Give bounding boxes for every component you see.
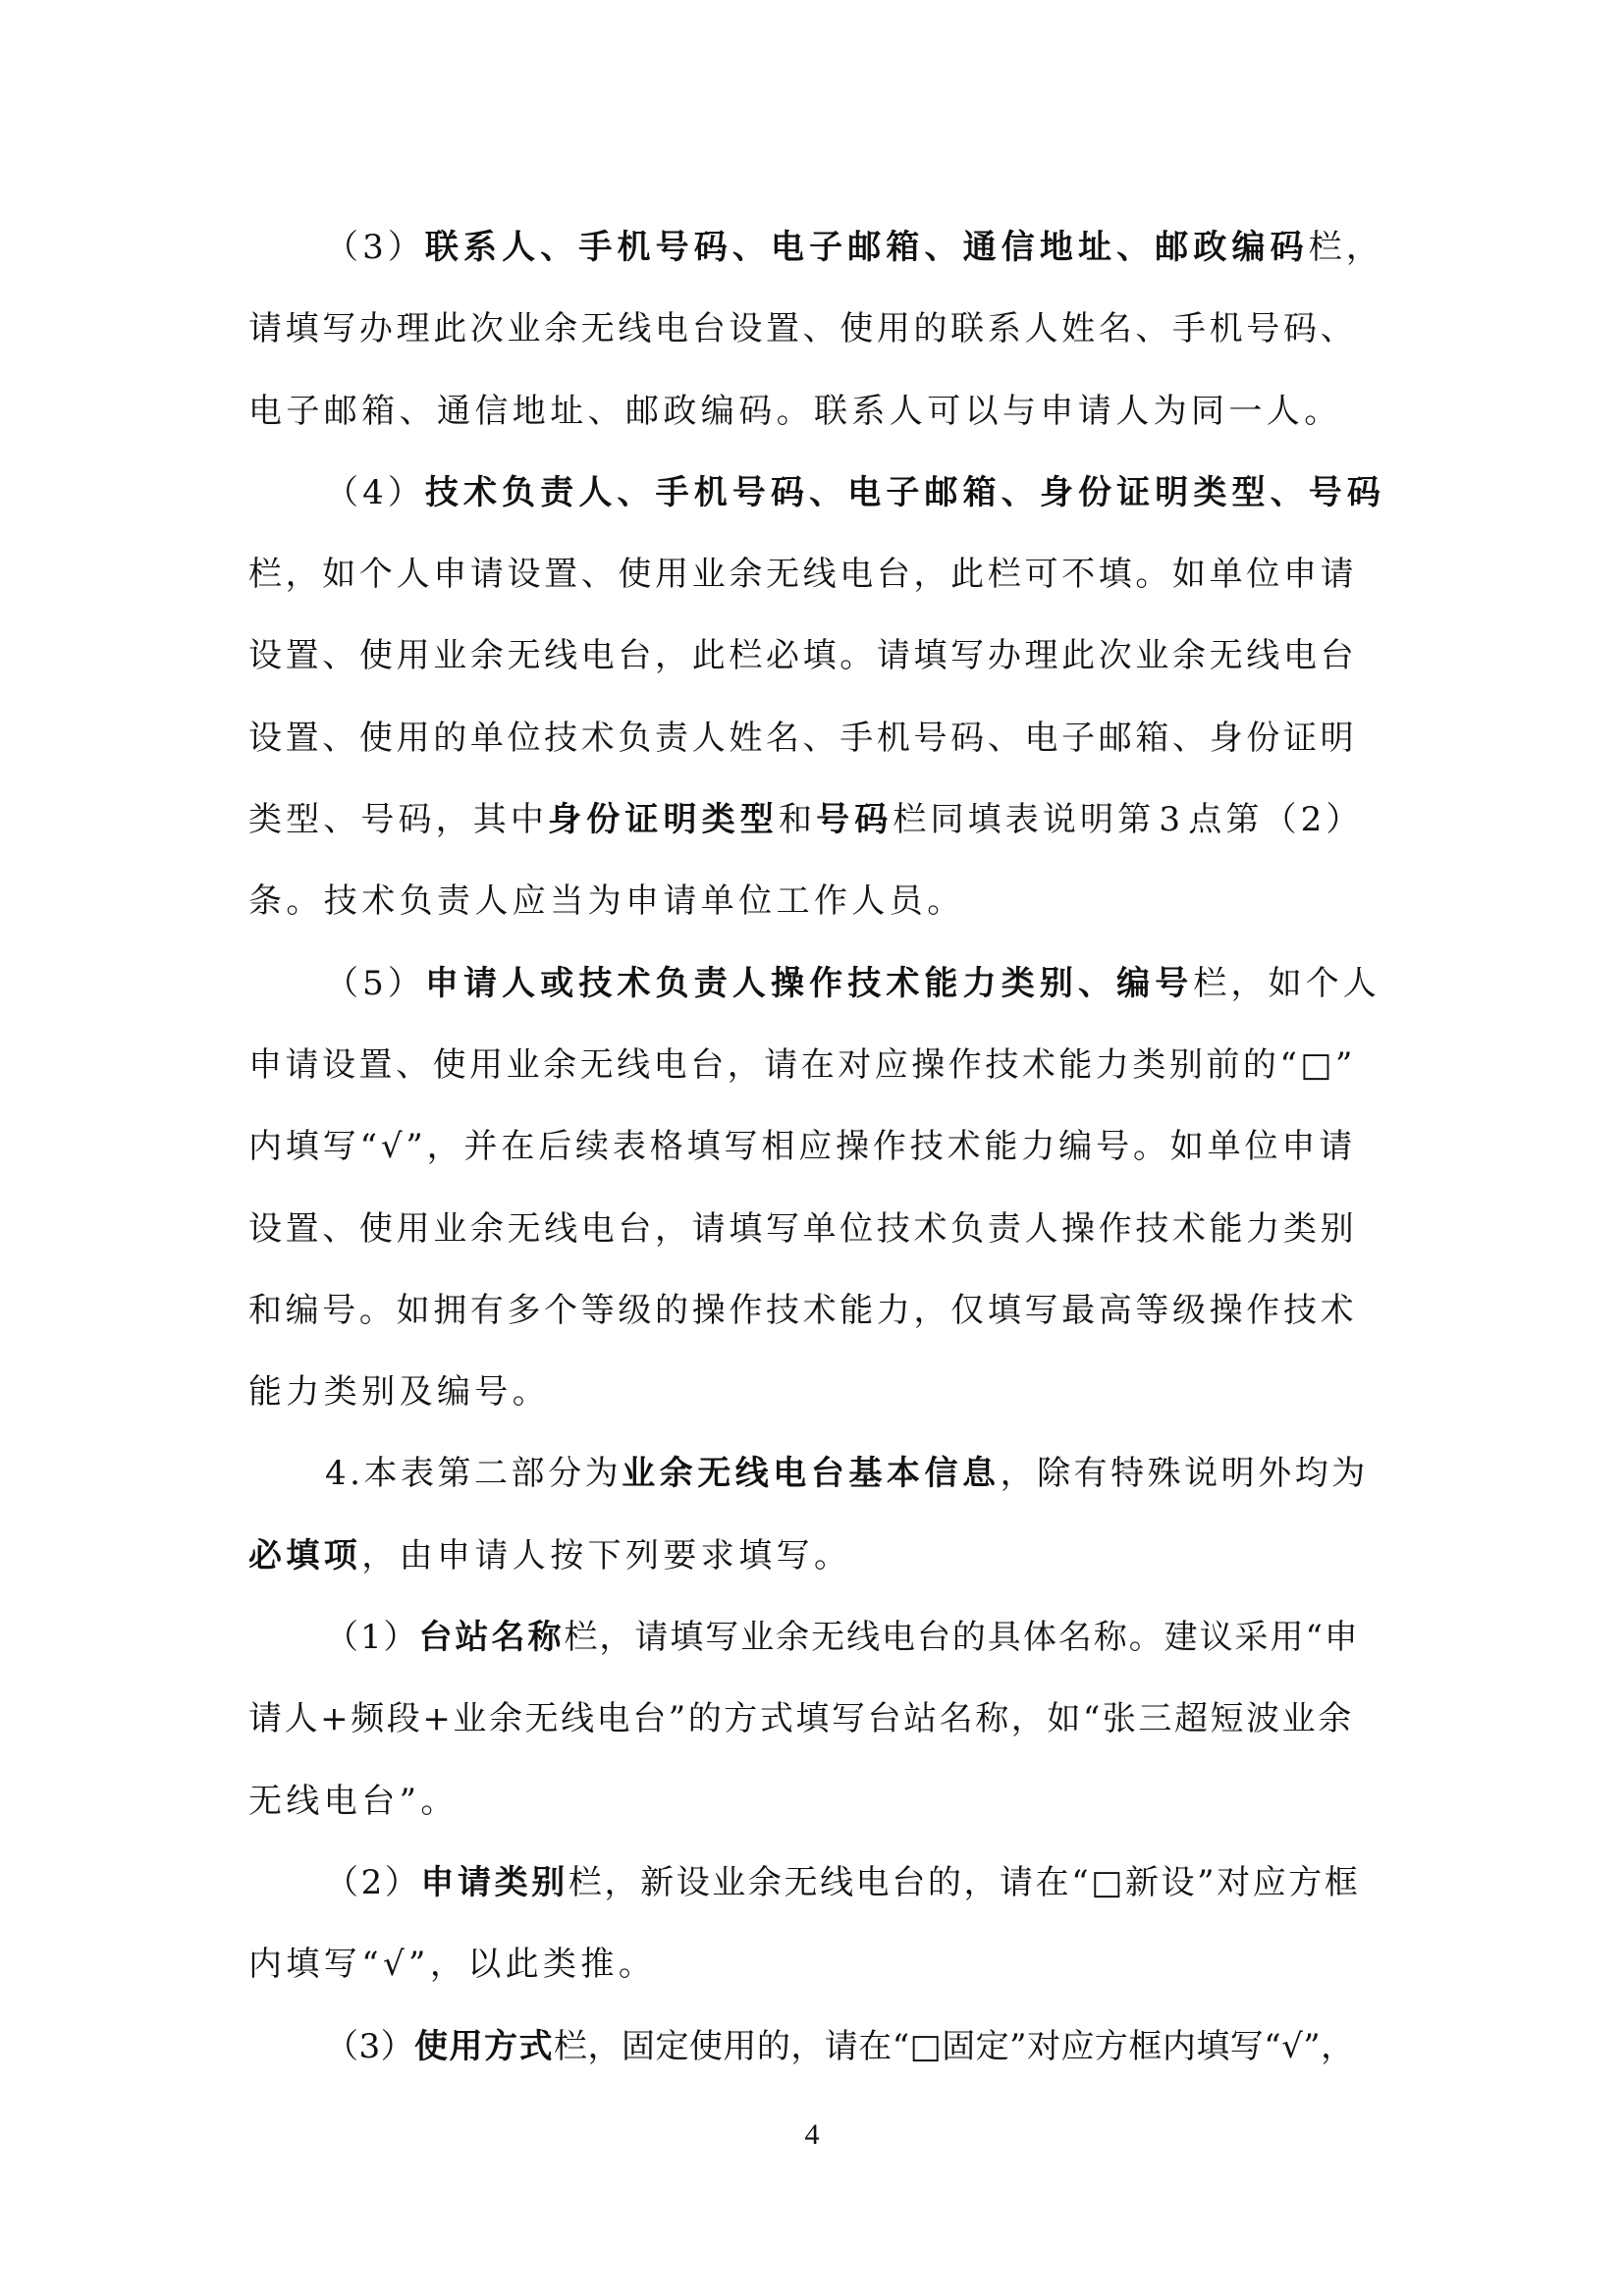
text-segment: 请 填 写 办 理 此 次 业 余 无 线 电 台 设 置 、 使 用 的 联 … — [248, 309, 1354, 348]
text-line: （ 2 ） 申 请 类 别 栏 ， 新 设 业 余 无 线 电 台 的 ， 请 … — [248, 1853, 1387, 1935]
text-segment: （ 2 ） — [325, 1863, 420, 1902]
text-segment: （ 5 ） — [325, 964, 425, 1003]
text-line: 必填项，由申请人按下列要求填写。 — [248, 1526, 1387, 1608]
text-segment: 内填写“√”，以此类推。 — [248, 1945, 656, 1984]
bold-text-segment: 号 码 — [816, 800, 893, 839]
text-line: 申 请 设 置 、 使 用 业 余 无 线 电 台 ， 请 在 对 应 操 作 … — [248, 1036, 1387, 1117]
text-line: 和 编 号 。 如 拥 有 多 个 等 级 的 操 作 技 术 能 力 ， 仅 … — [248, 1281, 1387, 1362]
text-line: （ 1 ） 台 站 名 称 栏 ， 请 填 写 业 余 无 线 电 台 的 具 … — [248, 1608, 1387, 1689]
text-segment: 设 置 、 使 用 业 余 无 线 电 台 ， 请 填 写 单 位 技 术 负 … — [248, 1209, 1354, 1249]
text-line: 内填写“√”，以此类推。 — [248, 1935, 1387, 2016]
text-line: 栏 ， 如 个 人 申 请 设 置 、 使 用 业 余 无 线 电 台 ， 此 … — [248, 545, 1387, 626]
text-line: 请 人 + 频 段 + 业 余 无 线 电 台 ” 的 方 式 填 写 台 站 … — [248, 1689, 1387, 1771]
text-line: 设 置 、 使 用 业 余 无 线 电 台 ， 此 栏 必 填 。 请 填 写 … — [248, 626, 1387, 708]
text-segment: 设 置 、 使 用 业 余 无 线 电 台 ， 此 栏 必 填 。 请 填 写 … — [248, 636, 1354, 675]
text-segment: （ 1 ） — [325, 1618, 419, 1657]
bold-text-segment: 使 用 方 式 — [414, 2027, 554, 2066]
bold-text-segment: 业 余 无 线 电 台 基 本 信 息 — [622, 1454, 1000, 1493]
text-segment: 类 型 、 号 码 ， 其 中 — [248, 800, 548, 839]
text-line: 电子邮箱、通信地址、邮政编码。联系人可以与申请人为同一人。 — [248, 382, 1387, 463]
text-line: （ 3 ） 联 系 人 、 手 机 号 码 、 电 子 邮 箱 、 通 信 地 … — [248, 218, 1387, 299]
text-line: （ 3 ） 使 用 方 式 栏 ， 固 定 使 用 的 ， 请 在 “ □ 固 … — [248, 2017, 1387, 2099]
bold-text-segment: 身 份 证 明 类 型 — [548, 800, 779, 839]
text-segment: ， 除 有 特 殊 说 明 外 均 为 — [1001, 1454, 1366, 1493]
bold-text-segment: 台 站 名 称 — [419, 1618, 565, 1657]
text-segment: 栏 ， 固 定 使 用 的 ， 请 在 “ □ 固 定 ” 对 应 方 框 内 … — [554, 2027, 1354, 2066]
text-segment: 无线电台”。 — [248, 1782, 459, 1821]
text-segment: （ 4 ） — [325, 473, 425, 512]
text-segment: 栏 ， 请 填 写 业 余 无 线 电 台 的 具 体 名 称 。 建 议 采 … — [564, 1618, 1357, 1657]
text-segment: 栏 ， 如 个 人 — [1193, 964, 1376, 1003]
bold-text-segment: 必填项 — [248, 1536, 361, 1575]
text-line: 4 . 本 表 第 二 部 分 为 业 余 无 线 电 台 基 本 信 息 ， … — [248, 1444, 1387, 1525]
page-number: 4 — [0, 2118, 1624, 2152]
text-segment: （ 3 ） — [325, 2027, 414, 2066]
text-segment: （ 3 ） — [325, 228, 425, 267]
bold-text-segment: 联 系 人 、 手 机 号 码 、 电 子 邮 箱 、 通 信 地 址 、 邮 … — [425, 228, 1309, 267]
text-segment: 栏 同 填 表 说 明 第 3 点 第 （ 2 ） — [893, 800, 1359, 839]
text-line: （ 4 ） 技 术 负 责 人 、 手 机 号 码 、 电 子 邮 箱 、 身 … — [248, 463, 1387, 545]
text-segment: 内 填 写 “ √ ” ， 并 在 后 续 表 格 填 写 相 应 操 作 技 … — [248, 1127, 1352, 1166]
text-line: 无线电台”。 — [248, 1772, 1387, 1853]
text-line: 设 置 、 使 用 的 单 位 技 术 负 责 人 姓 名 、 手 机 号 码 … — [248, 709, 1387, 790]
text-line: 能力类别及编号。 — [248, 1362, 1387, 1444]
text-segment: 请 人 + 频 段 + 业 余 无 线 电 台 ” 的 方 式 填 写 台 站 … — [248, 1699, 1351, 1738]
text-line: （ 5 ） 申 请 人 或 技 术 负 责 人 操 作 技 术 能 力 类 别 … — [248, 954, 1387, 1036]
text-segment: 设 置 、 使 用 的 单 位 技 术 负 责 人 姓 名 、 手 机 号 码 … — [248, 719, 1354, 758]
text-line: 条。技术负责人应当为申请单位工作人员。 — [248, 872, 1387, 953]
text-segment: 申 请 设 置 、 使 用 业 余 无 线 电 台 ， 请 在 对 应 操 作 … — [248, 1045, 1352, 1085]
document-body: （ 3 ） 联 系 人 、 手 机 号 码 、 电 子 邮 箱 、 通 信 地 … — [248, 218, 1387, 2099]
text-segment: ，由申请人按下列要求填写。 — [361, 1536, 851, 1575]
text-segment: 栏 ， — [1309, 228, 1380, 267]
bold-text-segment: 申 请 人 或 技 术 负 责 人 操 作 技 术 能 力 类 别 、 编 号 — [425, 964, 1194, 1003]
text-segment: 栏 ， 新 设 业 余 无 线 电 台 的 ， 请 在 “ □ 新 设 ” 对 … — [568, 1863, 1358, 1902]
text-line: 请 填 写 办 理 此 次 业 余 无 线 电 台 设 置 、 使 用 的 联 … — [248, 299, 1387, 381]
text-line: 内 填 写 “ √ ” ， 并 在 后 续 表 格 填 写 相 应 操 作 技 … — [248, 1117, 1387, 1199]
text-line: 类 型 、 号 码 ， 其 中 身 份 证 明 类 型 和 号 码 栏 同 填 … — [248, 790, 1387, 872]
text-segment: 和 — [779, 800, 816, 839]
text-segment: 条。技术负责人应当为申请单位工作人员。 — [248, 881, 965, 921]
text-segment: 能力类别及编号。 — [248, 1372, 550, 1412]
bold-text-segment: 申 请 类 别 — [420, 1863, 568, 1902]
text-line: 设 置 、 使 用 业 余 无 线 电 台 ， 请 填 写 单 位 技 术 负 … — [248, 1200, 1387, 1281]
bold-text-segment: 技 术 负 责 人 、 手 机 号 码 、 电 子 邮 箱 、 身 份 证 明 … — [425, 473, 1380, 512]
document-page: （ 3 ） 联 系 人 、 手 机 号 码 、 电 子 邮 箱 、 通 信 地 … — [0, 0, 1624, 2296]
text-segment: 和 编 号 。 如 拥 有 多 个 等 级 的 操 作 技 术 能 力 ， 仅 … — [248, 1291, 1354, 1330]
text-segment: 4 . 本 表 第 二 部 分 为 — [325, 1454, 622, 1493]
text-segment: 电子邮箱、通信地址、邮政编码。联系人可以与申请人为同一人。 — [248, 392, 1342, 431]
text-segment: 栏 ， 如 个 人 申 请 设 置 、 使 用 业 余 无 线 电 台 ， 此 … — [248, 555, 1354, 594]
